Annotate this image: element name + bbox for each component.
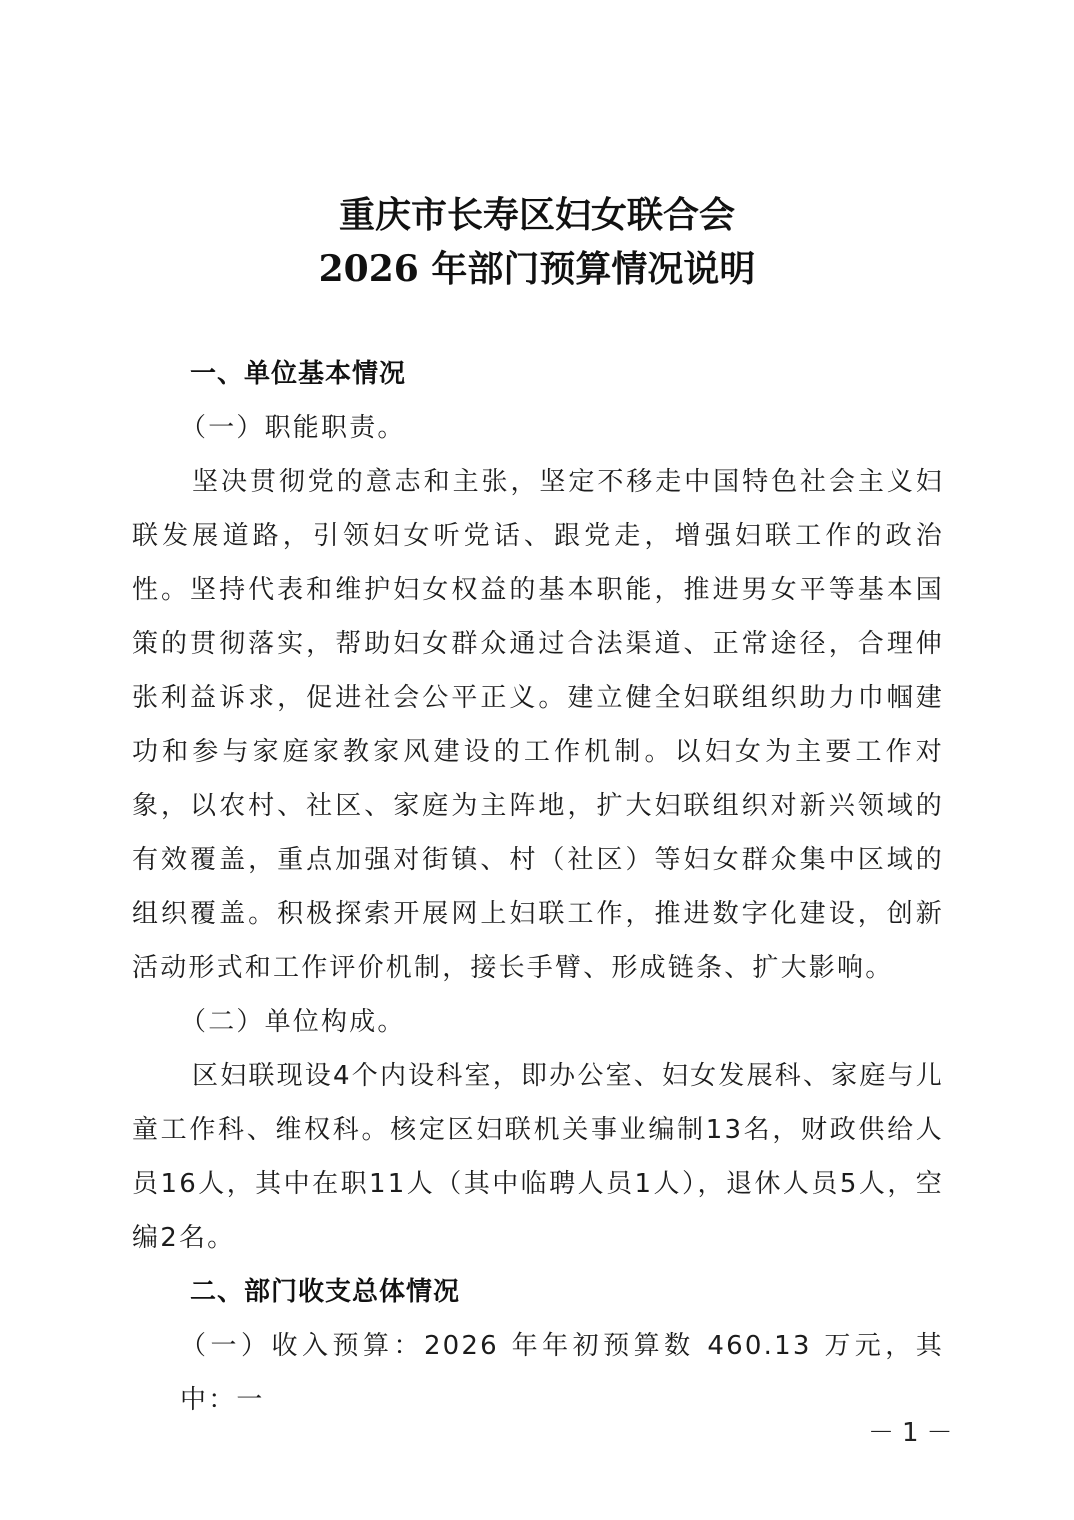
income-budget-text: （一）收入预算：2026 年年初预算数 460.13 万元，其中：一 xyxy=(122,1319,944,1427)
page-number: －1－ xyxy=(868,1412,961,1449)
title-line-organization: 重庆市长寿区妇女联合会 xyxy=(0,188,1074,242)
section-1: 一、单位基本情况 （一）职能职责。 坚决贯彻党的意志和主张，坚定不移走中国特色社… xyxy=(132,347,944,1427)
document-title: 重庆市长寿区妇女联合会 2026 年部门预算情况说明 xyxy=(0,188,1074,296)
subsection-composition-heading: （二）单位构成。 xyxy=(122,995,944,1049)
subsection-duties-heading: （一）职能职责。 xyxy=(122,401,944,455)
section-1-heading: 一、单位基本情况 xyxy=(132,347,944,401)
title-line-subject: 2026 年部门预算情况说明 xyxy=(0,242,1074,296)
duties-paragraph: 坚决贯彻党的意志和主张，坚定不移走中国特色社会主义妇联发展道路，引领妇女听党话、… xyxy=(132,455,944,995)
document-page: 重庆市长寿区妇女联合会 2026 年部门预算情况说明 一、单位基本情况 （一）职… xyxy=(0,0,1074,1520)
section-2-heading: 二、部门收支总体情况 xyxy=(132,1265,944,1319)
composition-paragraph: 区妇联现设4个内设科室，即办公室、妇女发展科、家庭与儿童工作科、维权科。核定区妇… xyxy=(132,1049,944,1265)
